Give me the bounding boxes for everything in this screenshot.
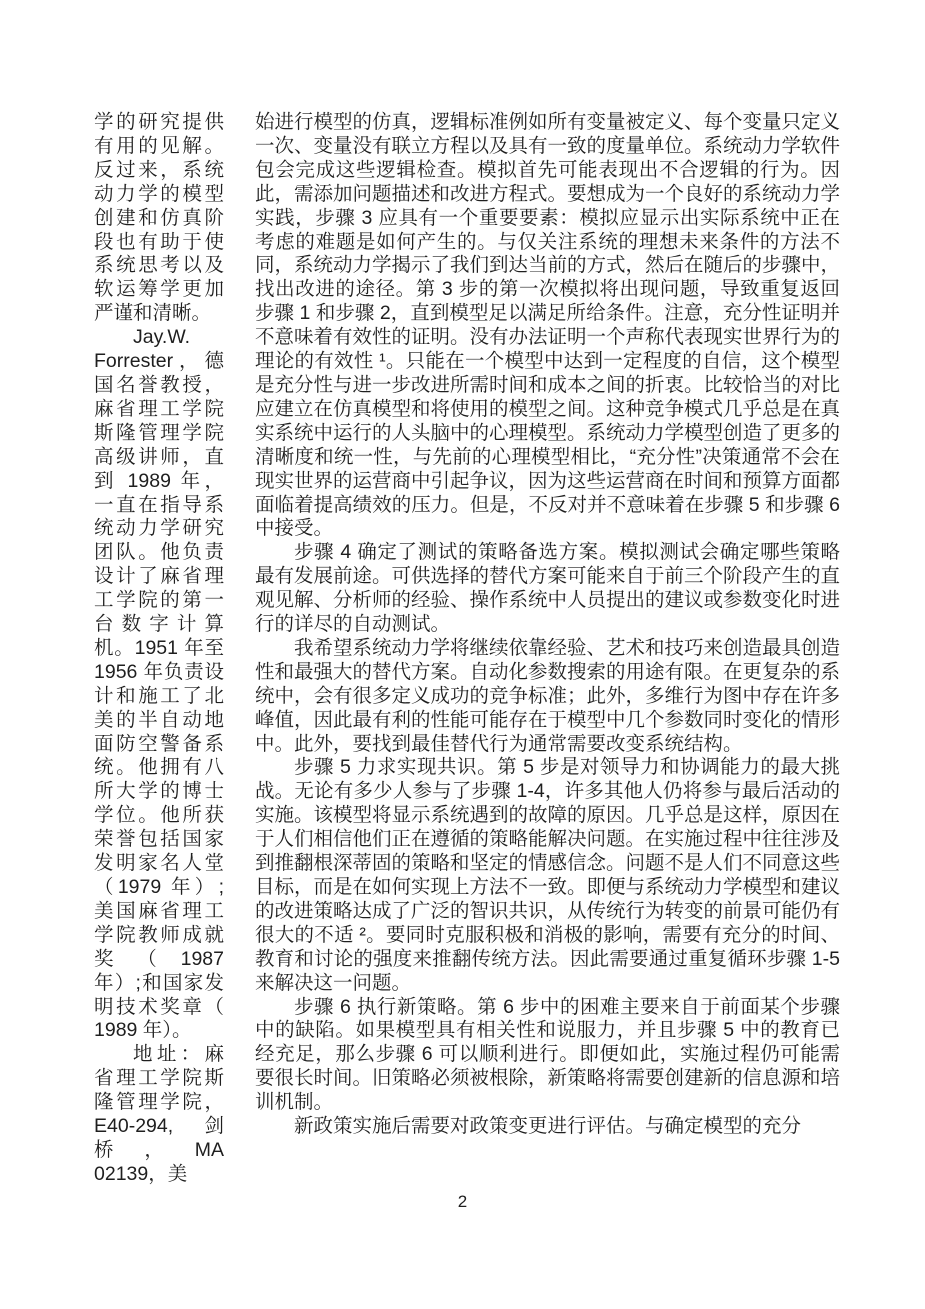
left-continuation-paragraph: 学的研究提供有用的见解。反过来，系统动力学的模型创建和仿真阶段也有助于使系统思考… [94,111,224,326]
address-paragraph: 地址：麻省理工学院斯隆管理学院，E40-294,剑桥，MA 02139，美 [94,1043,224,1186]
document-page: 学的研究提供有用的见解。反过来，系统动力学的模型创建和仿真阶段也有助于使系统思考… [0,0,925,1309]
step6-paragraph: 步骤 6 执行新策略。第 6 步中的困难主要来自于前面某个步骤中的缺陷。如果模型… [255,996,840,1116]
step3-continuation-paragraph: 始进行模型的仿真，逻辑标准例如所有变量被定义、每个变量只定义一次、变量没有联立方… [255,111,840,541]
automation-paragraph: 我希望系统动力学将继续依靠经验、艺术和技巧来创造最具创造性和最强大的替代方案。自… [255,637,840,757]
page-number: 2 [0,1192,925,1212]
left-column: 学的研究提供有用的见解。反过来，系统动力学的模型创建和仿真阶段也有助于使系统思考… [94,111,224,1187]
forrester-bio-paragraph: Jay.W. Forrester，德国名誉教授，麻省理工学院斯隆管理学院高级讲师… [94,326,224,1043]
main-text-column: 始进行模型的仿真，逻辑标准例如所有变量被定义、每个变量只定义一次、变量没有联立方… [255,111,840,1139]
policy-evaluation-paragraph: 新政策实施后需要对政策变更进行评估。与确定模型的充分 [255,1115,840,1139]
step5-paragraph: 步骤 5 力求实现共识。第 5 步是对领导力和协调能力的最大挑战。无论有多少人参… [255,756,840,995]
step4-paragraph: 步骤 4 确定了测试的策略备选方案。模拟测试会确定哪些策略最有发展前途。可供选择… [255,541,840,637]
